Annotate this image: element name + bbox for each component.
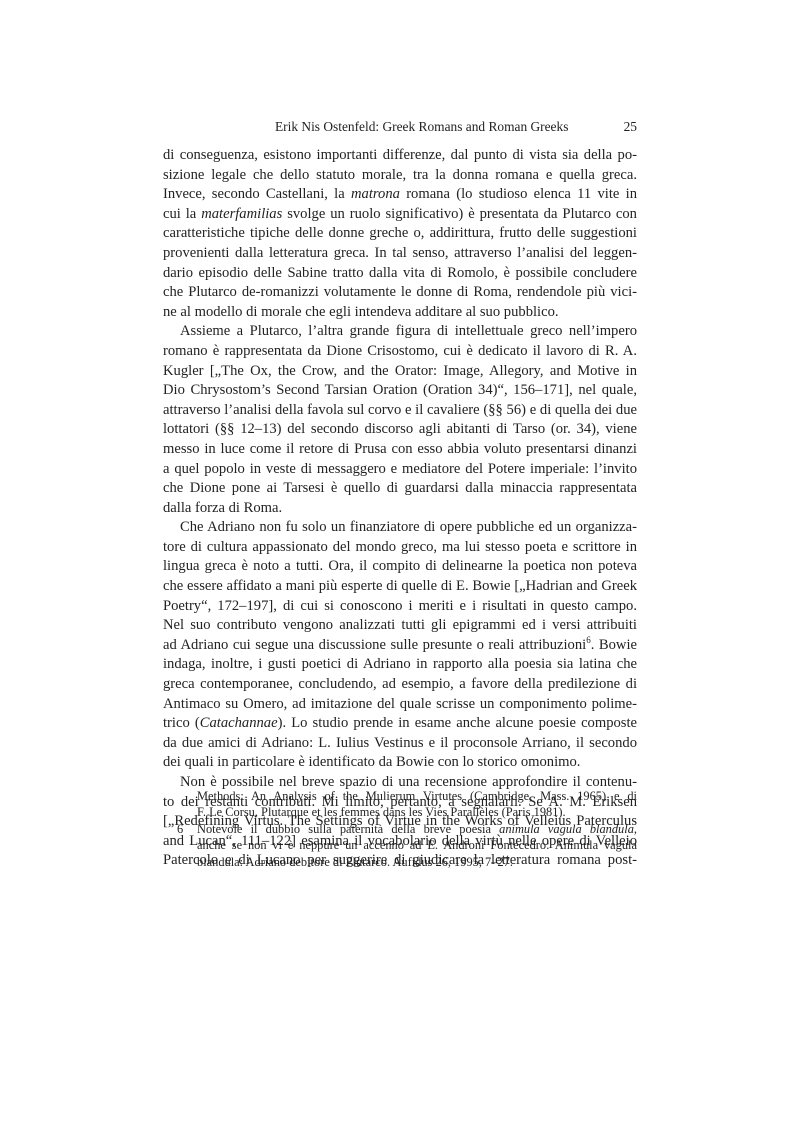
footnote: 6Notevole il dubbio sulla paternità dell… (163, 821, 637, 870)
text-line: Nel suo contributo vengono analizzati tu… (163, 616, 637, 636)
italic-text: materfamilias (201, 206, 282, 222)
text-line: che Dione pone ai Tarsesi è quello di gu… (163, 479, 637, 499)
paragraph: Che Adriano non fu solo un finanziatore … (163, 518, 637, 773)
italic-text: matrona (351, 186, 400, 202)
text-line: dalla forza di Roma. (163, 499, 637, 519)
footnote-reference[interactable]: 6 (586, 635, 591, 645)
text-line: Che Adriano non fu solo un finanziatore … (163, 518, 637, 538)
italic-text: Catachannae (200, 715, 278, 731)
footnote-line: Notevole il dubbio sulla paternità della… (197, 821, 637, 837)
footnote-line: blandula: Adriano debitore di Plutarco. … (197, 854, 637, 870)
running-header: Erik Nis Ostenfeld: Greek Romans and Rom… (163, 117, 637, 137)
text-line: dario episodio delle Sabine tratto dalla… (163, 264, 637, 284)
text-line: caratteristiche tipiche delle donne grec… (163, 224, 637, 244)
text-line: lottatori (§§ 12–13) del secondo discors… (163, 420, 637, 440)
text-line: messo in luce come il retore di Prusa co… (163, 440, 637, 460)
document-page: Erik Nis Ostenfeld: Greek Romans and Rom… (0, 0, 800, 1131)
text-line: ad Adriano cui segue una discussione sul… (163, 636, 637, 656)
text-line: Dio Chrysostom’s Second Tarsian Oration … (163, 381, 637, 401)
text-line: romano è rappresentata da Dione Crisosto… (163, 342, 637, 362)
text-line: provenienti dalla letteratura greca. In … (163, 244, 637, 264)
text-line: di conseguenza, esistono importanti diff… (163, 146, 637, 166)
page-number: 25 (624, 117, 637, 137)
footnote-line: anche se non vi è neppure un accenno ad … (197, 837, 637, 853)
text-line: da due amici di Adriano: L. Iulius Vesti… (163, 734, 637, 754)
italic-text: animula vagula blandula (499, 822, 634, 836)
footnote: Methods: An Analysis of the Mulierum Vir… (163, 788, 637, 821)
text-line: Kugler [„The Ox, the Crow, and the Orato… (163, 362, 637, 382)
text-line: greca contemporanee, concludendo, ad ese… (163, 675, 637, 695)
text-line: a quel popolo in veste di messaggero e m… (163, 460, 637, 480)
running-title: Erik Nis Ostenfeld: Greek Romans and Rom… (275, 117, 568, 137)
text-line: che essere affidato a mani più esperte d… (163, 577, 637, 597)
footnote-line: F. Le Corsu, Plutarque et les femmes dan… (197, 804, 637, 820)
text-line: lingua greca è noto a tutti. Ora, il com… (163, 557, 637, 577)
text-line: trico (Catachannae). Lo studio prende in… (163, 714, 637, 734)
text-line: sizione legale che dello statuto morale,… (163, 166, 637, 186)
text-line: Assieme a Plutarco, l’altra grande figur… (163, 322, 637, 342)
text-line: dei quali in particolare è identificato … (163, 753, 637, 773)
text-line: Antimaco su Omero, ad imitazione del qua… (163, 695, 637, 715)
footnote-number: 6 (177, 821, 183, 837)
text-line: attraverso l’analisi della favola sul co… (163, 401, 637, 421)
text-line: indaga, inoltre, i gusti poetici di Adri… (163, 655, 637, 675)
footnote-line: Methods: An Analysis of the Mulierum Vir… (197, 788, 637, 804)
text-line: ne al modello di morale che egli intende… (163, 303, 637, 323)
paragraph: Assieme a Plutarco, l’altra grande figur… (163, 322, 637, 518)
paragraph: di conseguenza, esistono importanti diff… (163, 146, 637, 322)
text-line: Poetry“, 172–197], di cui si conoscono i… (163, 597, 637, 617)
text-line: cui la materfamilias svolge un ruolo sig… (163, 205, 637, 225)
text-line: Invece, secondo Castellani, la matrona r… (163, 185, 637, 205)
body-text: di conseguenza, esistono importanti diff… (163, 146, 637, 871)
text-line: tore di cultura appassionato del mondo g… (163, 538, 637, 558)
footnotes: Methods: An Analysis of the Mulierum Vir… (163, 788, 637, 870)
text-line: che Plutarco de-romanizzi volutamente le… (163, 283, 637, 303)
